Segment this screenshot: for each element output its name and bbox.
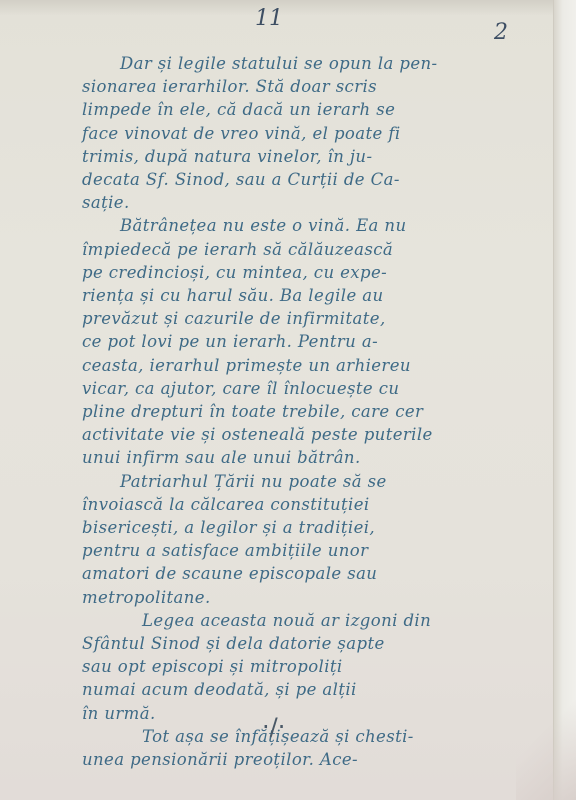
text-line: învoiască la călcarea constituției — [82, 493, 562, 516]
text-line: în urmă. — [82, 702, 562, 725]
text-line: sație. — [82, 191, 562, 214]
text-line: pentru a satisface ambițiile unor — [82, 539, 562, 562]
text-line: unea pensionării preoților. Ace- — [82, 748, 562, 771]
page-number: 2 — [494, 20, 508, 45]
text-line: împiedecă pe ierarh să călăuzească — [82, 238, 562, 261]
text-line: Patriarhul Țării nu poate să se — [82, 470, 562, 493]
manuscript-page: 11 2 Dar și legile statului se opun la p… — [0, 0, 576, 800]
text-line: vicar, ca ajutor, care îl înlocuește cu — [82, 377, 562, 400]
text-line: pe credincioși, cu mintea, cu expe- — [82, 261, 562, 284]
text-line: face vinovat de vreo vină, el poate fi — [82, 122, 562, 145]
text-line: metropolitane. — [82, 586, 562, 609]
text-line: sau opt episcopi și mitropoliți — [82, 655, 562, 678]
top-shadow — [0, 0, 576, 16]
archive-mark: 11 — [255, 6, 283, 31]
text-line: bisericești, a legilor și a tradiției, — [82, 516, 562, 539]
text-line: decata Sf. Sinod, sau a Curții de Ca- — [82, 168, 562, 191]
text-line: Tot așa se înfățișează și chesti- — [82, 725, 562, 748]
text-line: ce pot lovi pe un ierarh. Pentru a- — [82, 330, 562, 353]
text-line: prevăzut și cazurile de infirmitate, — [82, 307, 562, 330]
text-line: limpede în ele, că dacă un ierarh se — [82, 98, 562, 121]
text-line: activitate vie și osteneală peste puteri… — [82, 423, 562, 446]
text-line: pline drepturi în toate trebile, care ce… — [82, 400, 562, 423]
text-line: Bătrânețea nu este o vină. Ea nu — [82, 214, 562, 237]
text-line: Sfântul Sinod și dela datorie șapte — [82, 632, 562, 655]
end-of-page-mark: ·/· — [262, 713, 285, 741]
text-line: ceasta, ierarhul primește un arhiereu — [82, 354, 562, 377]
text-line: Legea aceasta nouă ar izgoni din — [82, 609, 562, 632]
text-line: riența și cu harul său. Ba legile au — [82, 284, 562, 307]
text-line: amatori de scaune episcopale sau — [82, 562, 562, 585]
text-line: unui infirm sau ale unui bătrân. — [82, 446, 562, 469]
text-line: sionarea ierarhilor. Stă doar scris — [82, 75, 562, 98]
handwritten-body: Dar și legile statului se opun la pen- s… — [82, 52, 562, 771]
text-line: trimis, după natura vinelor, în ju- — [82, 145, 562, 168]
text-line: numai acum deodată, și pe alții — [82, 678, 562, 701]
text-line: Dar și legile statului se opun la pen- — [82, 52, 562, 75]
